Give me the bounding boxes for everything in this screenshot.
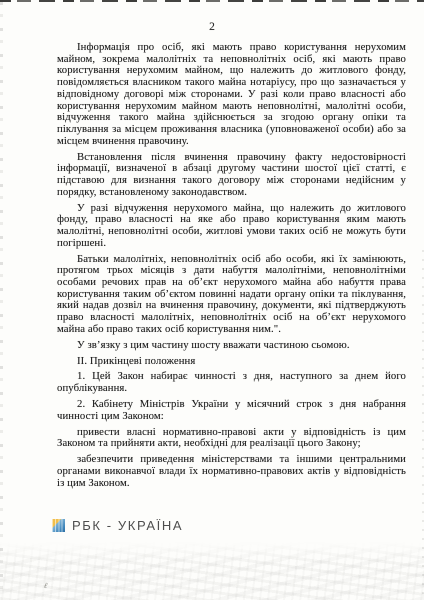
scanned-document-page: 2 Інформація про осіб, які мають право к… — [0, 0, 424, 600]
paragraph-parents-obligation: Батьки малолітніх, неповнолітніх осіб аб… — [57, 254, 406, 336]
section-heading-final-provisions: II. Прикінцеві положення — [57, 356, 406, 368]
paragraph-part-renumbering: У зв’язку з цим частину шосту вважати ча… — [57, 340, 406, 352]
paragraph-cabinet-of-ministers: 2. Кабінету Міністрів України у місячний… — [57, 399, 406, 422]
paragraph-clause-ensure-compliance: забезпечити приведення міністерствами та… — [57, 454, 406, 489]
document-body: Інформація про осіб, які мають право кор… — [57, 42, 406, 493]
paragraph-housing-conditions: У разі відчуження нерухомого майна, що н… — [57, 203, 406, 250]
scan-bottom-noise-artifact — [0, 542, 424, 600]
paragraph-entry-into-force: 1. Цей Закон набирає чинності з дня, нас… — [57, 371, 406, 394]
page-number: 2 — [0, 21, 424, 33]
paragraph-clause-bring-acts: привести власні нормативно-правові акти … — [57, 427, 406, 450]
paragraph-information-on-persons: Інформація про осіб, які мають право кор… — [57, 42, 406, 147]
scan-top-edge-artifact — [0, 0, 424, 2]
rbc-ukraine-logo-text: РБК - УКРАЇНА — [72, 518, 183, 533]
paragraph-invalidity: Встановлення після вчинення правочину фа… — [57, 152, 406, 199]
rbc-ukraine-logo-icon — [52, 519, 65, 532]
rbc-ukraine-logo: РБК - УКРАЇНА — [52, 518, 183, 533]
scan-left-edge-artifact — [0, 2, 3, 600]
